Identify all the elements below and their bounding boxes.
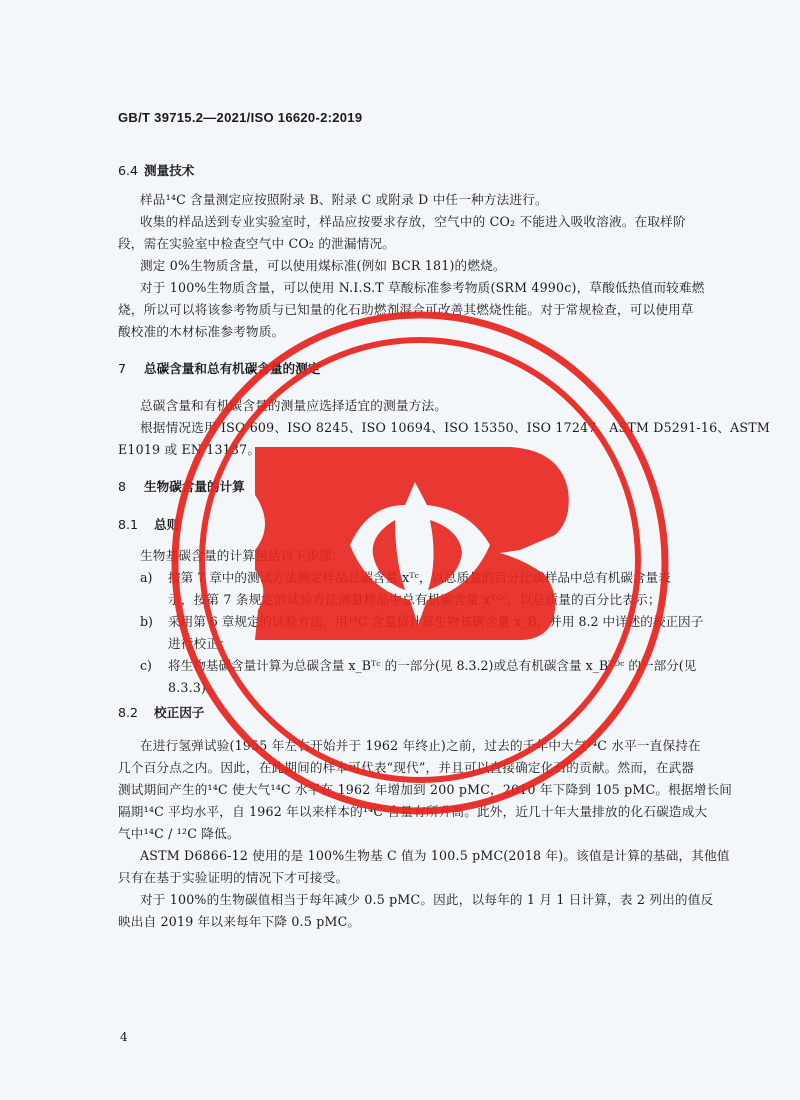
list-item-continuation: 进行校正； xyxy=(168,636,232,652)
paragraph: 对于 100%的生物碳值相当于每年减少 0.5 pMC。因此，以每年的 1 月 … xyxy=(140,892,713,908)
list-item-text: 采用第 6 章规定的试验方法，用¹⁴C 含量值计算生物基碳含量 x_B，并用 8… xyxy=(168,614,703,629)
section-heading-6-4: 6.4测量技术 xyxy=(118,160,194,179)
paragraph: 对于 100%生物质含量，可以使用 N.I.S.T 草酸标准参考物质(SRM 4… xyxy=(140,280,705,296)
section-title: 总则 xyxy=(154,517,179,532)
section-number: 8.1 xyxy=(118,517,154,532)
section-number: 8.2 xyxy=(118,705,154,720)
standards-press-logo-icon xyxy=(255,447,569,640)
list-item: c)将生物基碳含量计算为总碳含量 x_Bᵀᶜ 的一部分(见 8.3.2)或总有机… xyxy=(140,658,696,674)
paragraph: ASTM D6866-12 使用的是 100%生物基 C 值为 100.5 pM… xyxy=(140,848,730,864)
section-number: 6.4 xyxy=(118,163,144,178)
paragraph-continuation: 烧，所以可以将该参考物质与已知量的化石助燃剂混合可改善其燃烧性能。对于常规检查，… xyxy=(118,302,694,318)
list-marker: b) xyxy=(140,614,168,630)
section-heading-8: 8生物碳含量的计算 xyxy=(118,476,245,495)
paragraph-continuation: 气中¹⁴C / ¹²C 降低。 xyxy=(118,826,240,842)
paragraph-continuation: 测试期间产生的¹⁴C 使大气¹⁴C 水平在 1962 年增加到 200 pMC，… xyxy=(118,782,732,798)
section-title: 测量技术 xyxy=(144,163,194,178)
paragraph-continuation: 段，需在实验室中检查空气中 CO₂ 的泄漏情况。 xyxy=(118,236,395,252)
paragraph-continuation: 酸校准的木材标准参考物质。 xyxy=(118,324,284,340)
paragraph-continuation: 隔期¹⁴C 平均水平，自 1962 年以来样本的¹⁴C 含量有所升高。此外，近几… xyxy=(118,804,707,820)
section-heading-8-2: 8.2校正因子 xyxy=(118,702,204,721)
section-heading-8-1: 8.1总则 xyxy=(118,514,179,533)
paragraph-continuation: E1019 或 EN 13137。 xyxy=(118,442,260,458)
list-item-text: 将生物基碳含量计算为总碳含量 x_Bᵀᶜ 的一部分(见 8.3.2)或总有机碳含… xyxy=(168,658,696,673)
paragraph: 收集的样品送到专业实验室时，样品应按要求存放，空气中的 CO₂ 不能进入吸收溶液… xyxy=(140,214,686,230)
paragraph: 样品¹⁴C 含量测定应按照附录 B、附录 C 或附录 D 中任一种方法进行。 xyxy=(140,192,548,208)
list-item: b)采用第 6 章规定的试验方法，用¹⁴C 含量值计算生物基碳含量 x_B，并用… xyxy=(140,614,703,630)
document-page: GB/T 39715.2—2021/ISO 16620-2:2019 6.4测量… xyxy=(0,0,800,1100)
paragraph: 根据情况选用 ISO 609、ISO 8245、ISO 10694、ISO 15… xyxy=(140,420,770,436)
paragraph-continuation: 几个百分点之内。因此，在此期间的样本可代表“现代”，并且可以直接确定化石的贡献。… xyxy=(118,760,694,776)
paragraph: 总碳含量和有机碳含量的测量应选择适宜的测量方法。 xyxy=(140,398,447,414)
list-item: a)按第 7 章中的测试方法测定样品总碳含量 xᵀᶜ，以总质量的百分比或样品中总… xyxy=(140,570,671,586)
standard-id-header: GB/T 39715.2—2021/ISO 16620-2:2019 xyxy=(118,110,362,125)
paragraph: 测定 0%生物质含量，可以使用煤标准(例如 BCR 181)的燃烧。 xyxy=(140,258,506,274)
paragraph: 在进行氢弹试验(1955 年左右开始并于 1962 年终止)之前，过去的千年中大… xyxy=(140,738,701,754)
section-title: 生物碳含量的计算 xyxy=(144,479,245,494)
section-number: 8 xyxy=(118,479,144,494)
section-title: 总碳含量和总有机碳含量的测定 xyxy=(144,361,320,376)
list-item-continuation: 8.3.3)。 xyxy=(168,680,219,696)
paragraph-continuation: 只有在基于实验证明的情况下才可接受。 xyxy=(118,870,348,886)
list-marker: a) xyxy=(140,570,168,586)
section-title: 校正因子 xyxy=(154,705,204,720)
list-marker: c) xyxy=(140,658,168,674)
section-heading-7: 7总碳含量和总有机碳含量的测定 xyxy=(118,358,320,377)
paragraph-continuation: 映出自 2019 年以来每年下降 0.5 pMC。 xyxy=(118,914,360,930)
paragraph: 生物基碳含量的计算包括以下步骤： xyxy=(140,548,345,564)
section-number: 7 xyxy=(118,361,144,376)
list-item-continuation: 示，按第 7 条规定的试验方法测量样品中总有机碳含量 xᵀᴼᶜ，以总质量的百分比… xyxy=(168,592,661,608)
page-number: 4 xyxy=(120,1030,128,1044)
list-item-text: 按第 7 章中的测试方法测定样品总碳含量 xᵀᶜ，以总质量的百分比或样品中总有机… xyxy=(168,570,671,585)
